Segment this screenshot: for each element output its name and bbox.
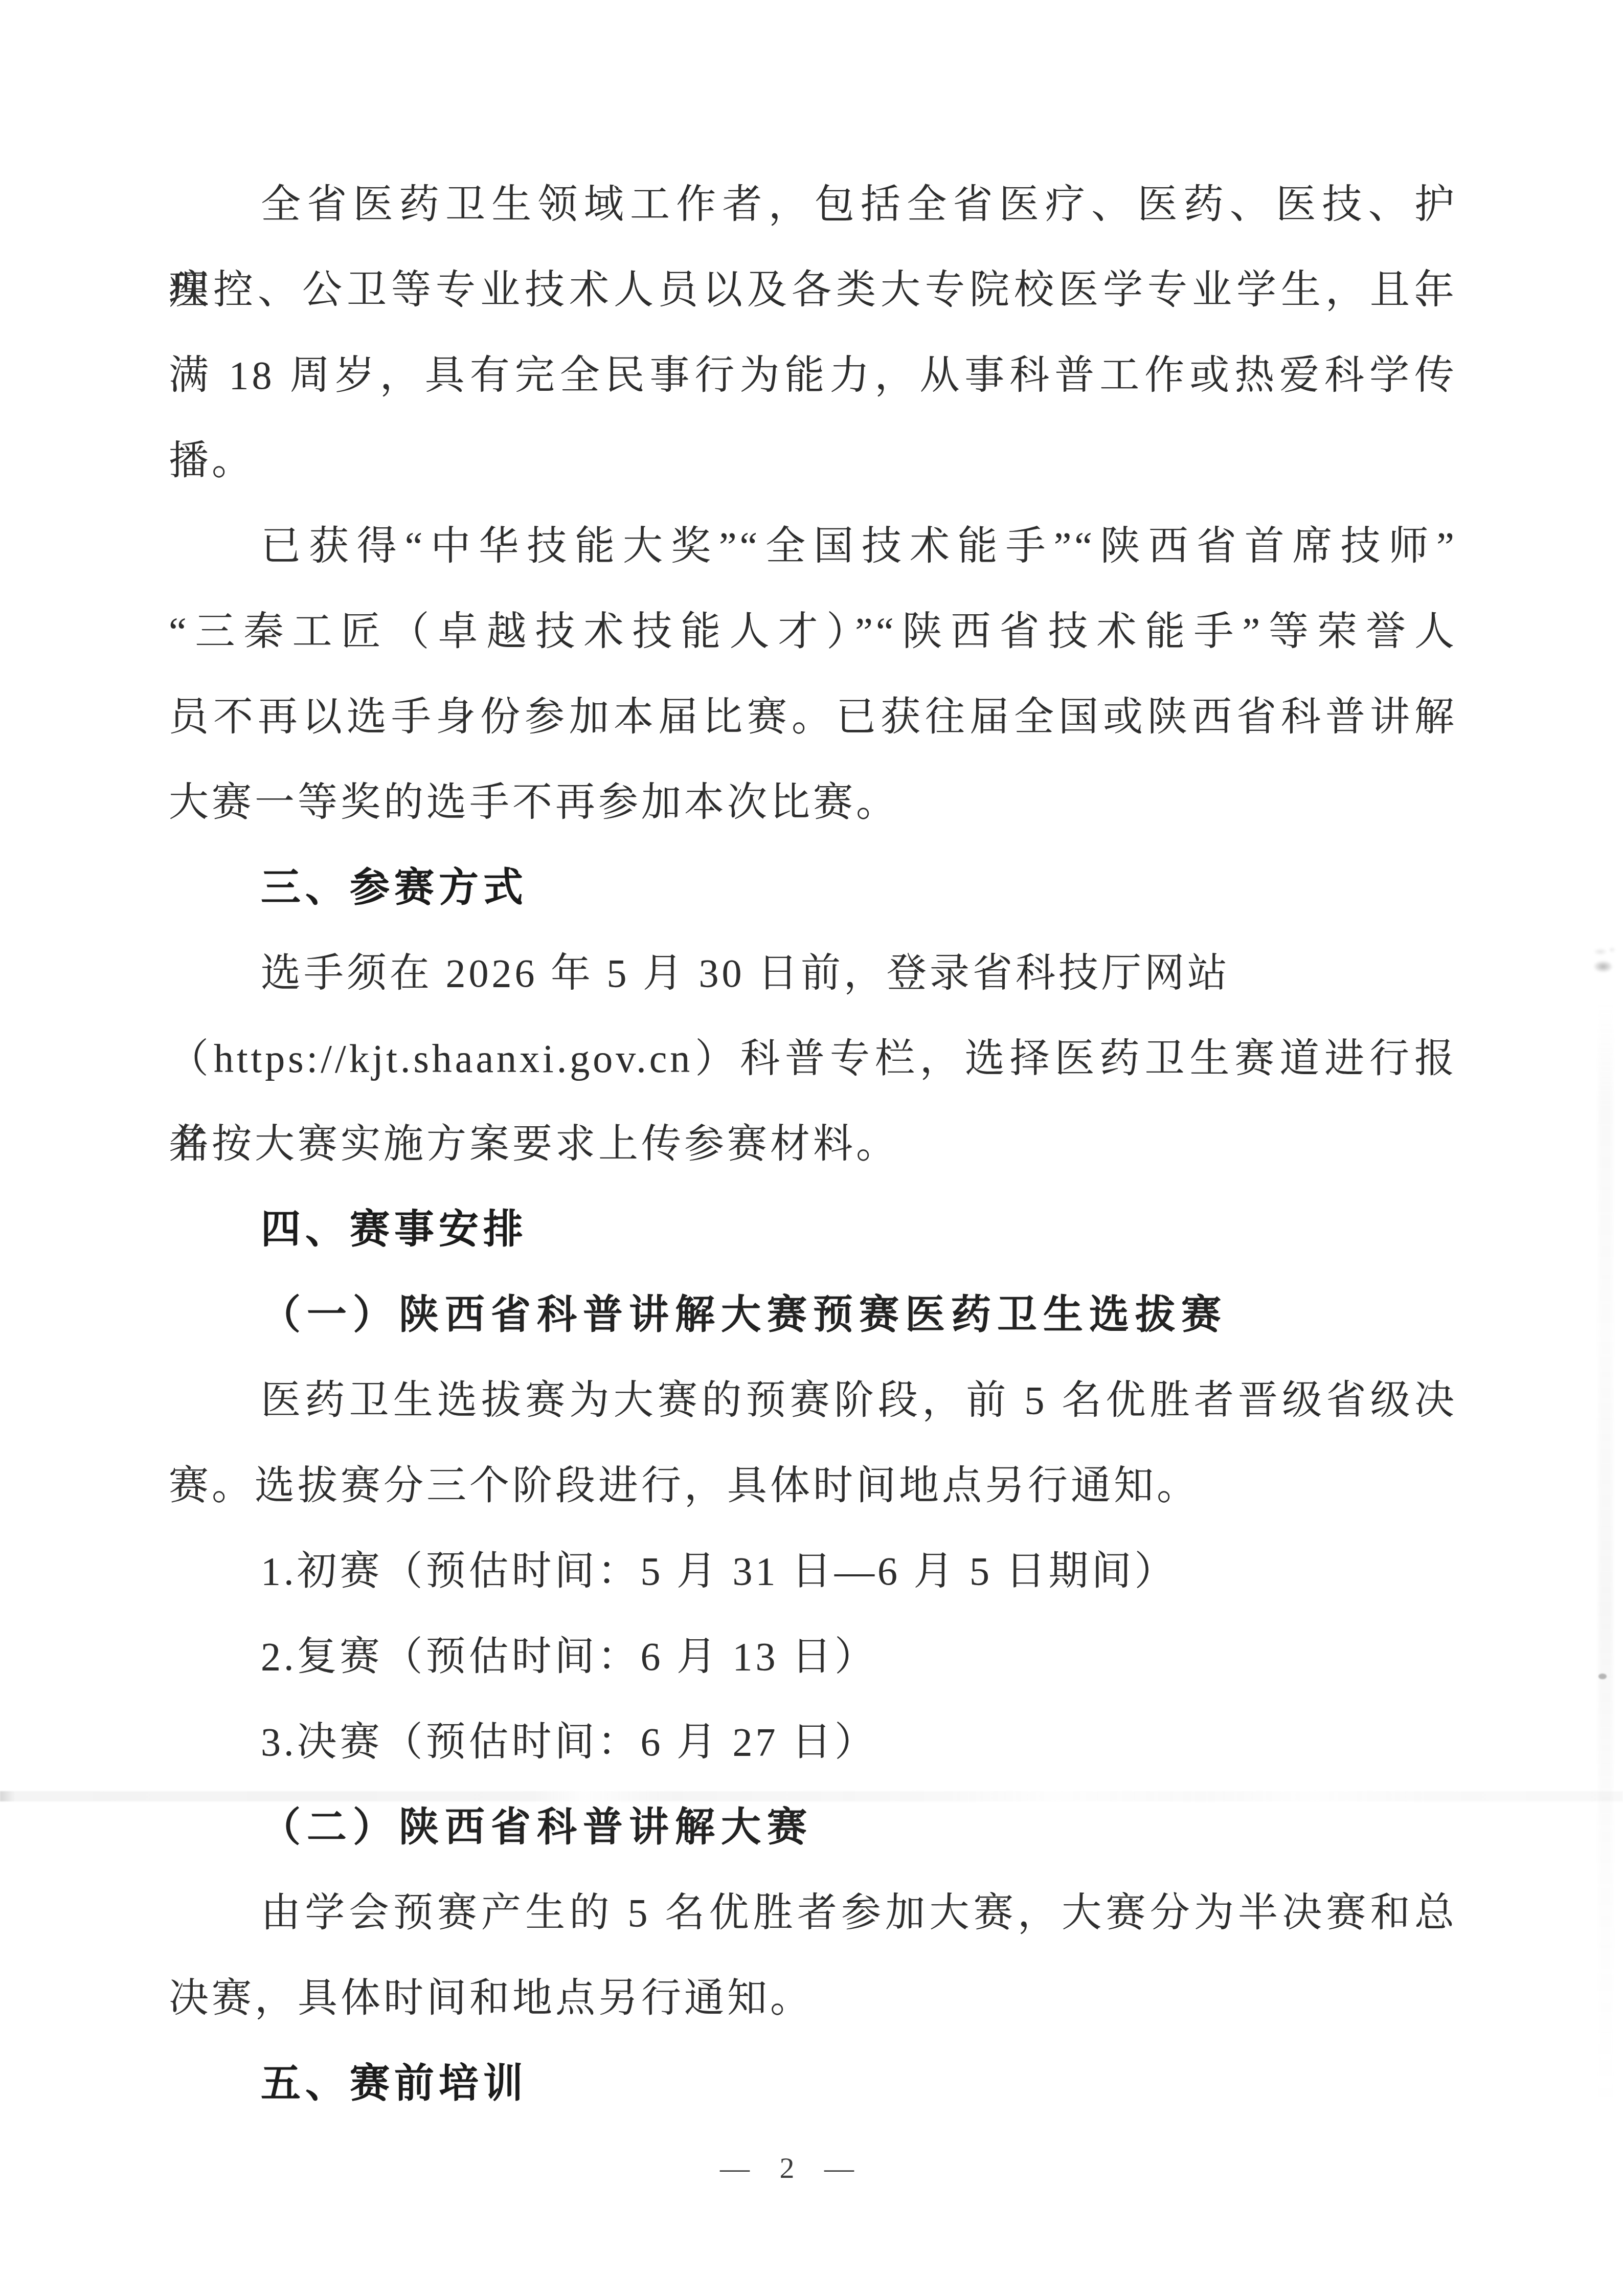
doc-line-heading: 三、参赛方式	[169, 845, 1457, 930]
doc-line-body-full: 员不再以选手身份参加本届比赛。已获往届全国或陕西省科普讲解	[169, 674, 1457, 760]
doc-line-body-full: “三秦工匠（卓越技术技能人才）”“陕西省技术能手”等荣誉人	[169, 589, 1457, 674]
doc-line-body-last: 决赛，具体时间和地点另行通知。	[169, 1955, 1457, 2041]
doc-line-body-full: 满 18 周岁，具有完全民事行为能力，从事科普工作或热爱科学传	[169, 332, 1457, 418]
doc-line-body-last: 赛。选拔赛分三个阶段进行，具体时间地点另行通知。	[169, 1443, 1457, 1528]
doc-line-body-full: 疾控、公卫等专业技术人员以及各类大专院校医学专业学生，且年	[169, 247, 1457, 332]
scan-artifact-speck	[1598, 1674, 1607, 1679]
doc-line-body-first: 全省医药卫生领域工作者，包括全省医疗、医药、医技、护理、	[169, 162, 1457, 247]
doc-line-body-last: 大赛一等奖的选手不再参加本次比赛。	[169, 760, 1457, 845]
document-page: 全省医药卫生领域工作者，包括全省医疗、医药、医技、护理、疾控、公卫等专业技术人员…	[0, 0, 1623, 2296]
scan-artifact-band	[0, 1791, 1623, 1801]
doc-line-body-first: 由学会预赛产生的 5 名优胜者参加大赛，大赛分为半决赛和总	[169, 1870, 1457, 1955]
doc-line-body-first: 医药卫生选拔赛为大赛的预赛阶段，前 5 名优胜者晋级省级决	[169, 1357, 1457, 1443]
doc-line-heading: 四、赛事安排	[169, 1187, 1457, 1272]
page-number: — 2 —	[720, 2151, 857, 2184]
doc-line-list-item: 3.决赛（预估时间：6 月 27 日）	[169, 1699, 1457, 1785]
doc-line-body-first: 已获得“中华技能大奖”“全国技术能手”“陕西省首席技师”	[169, 503, 1457, 589]
scan-artifact-edge-streak	[1598, 1002, 1613, 2107]
doc-line-body-last: 并按大赛实施方案要求上传参赛材料。	[169, 1101, 1457, 1187]
doc-line-body-full: （https://kjt.shaanxi.gov.cn）科普专栏，选择医药卫生赛…	[169, 1016, 1457, 1101]
doc-line-list-item: 2.复赛（预估时间：6 月 13 日）	[169, 1614, 1457, 1699]
doc-line-list-item: 1.初赛（预估时间：5 月 31 日—6 月 5 日期间）	[169, 1528, 1457, 1614]
doc-line-body-first-ragged: 选手须在 2026 年 5 月 30 日前，登录省科技厅网站	[169, 930, 1457, 1016]
page-footer: — 2 —	[0, 2151, 1600, 2185]
scan-artifact-smudge	[1579, 940, 1618, 979]
document-body: 全省医药卫生领域工作者，包括全省医疗、医药、医技、护理、疾控、公卫等专业技术人员…	[169, 162, 1457, 2126]
doc-line-subheading: （一）陕西省科普讲解大赛预赛医药卫生选拔赛	[169, 1272, 1457, 1357]
doc-line-body-last: 播。	[169, 418, 1457, 503]
doc-line-heading: 五、赛前培训	[169, 2041, 1457, 2126]
